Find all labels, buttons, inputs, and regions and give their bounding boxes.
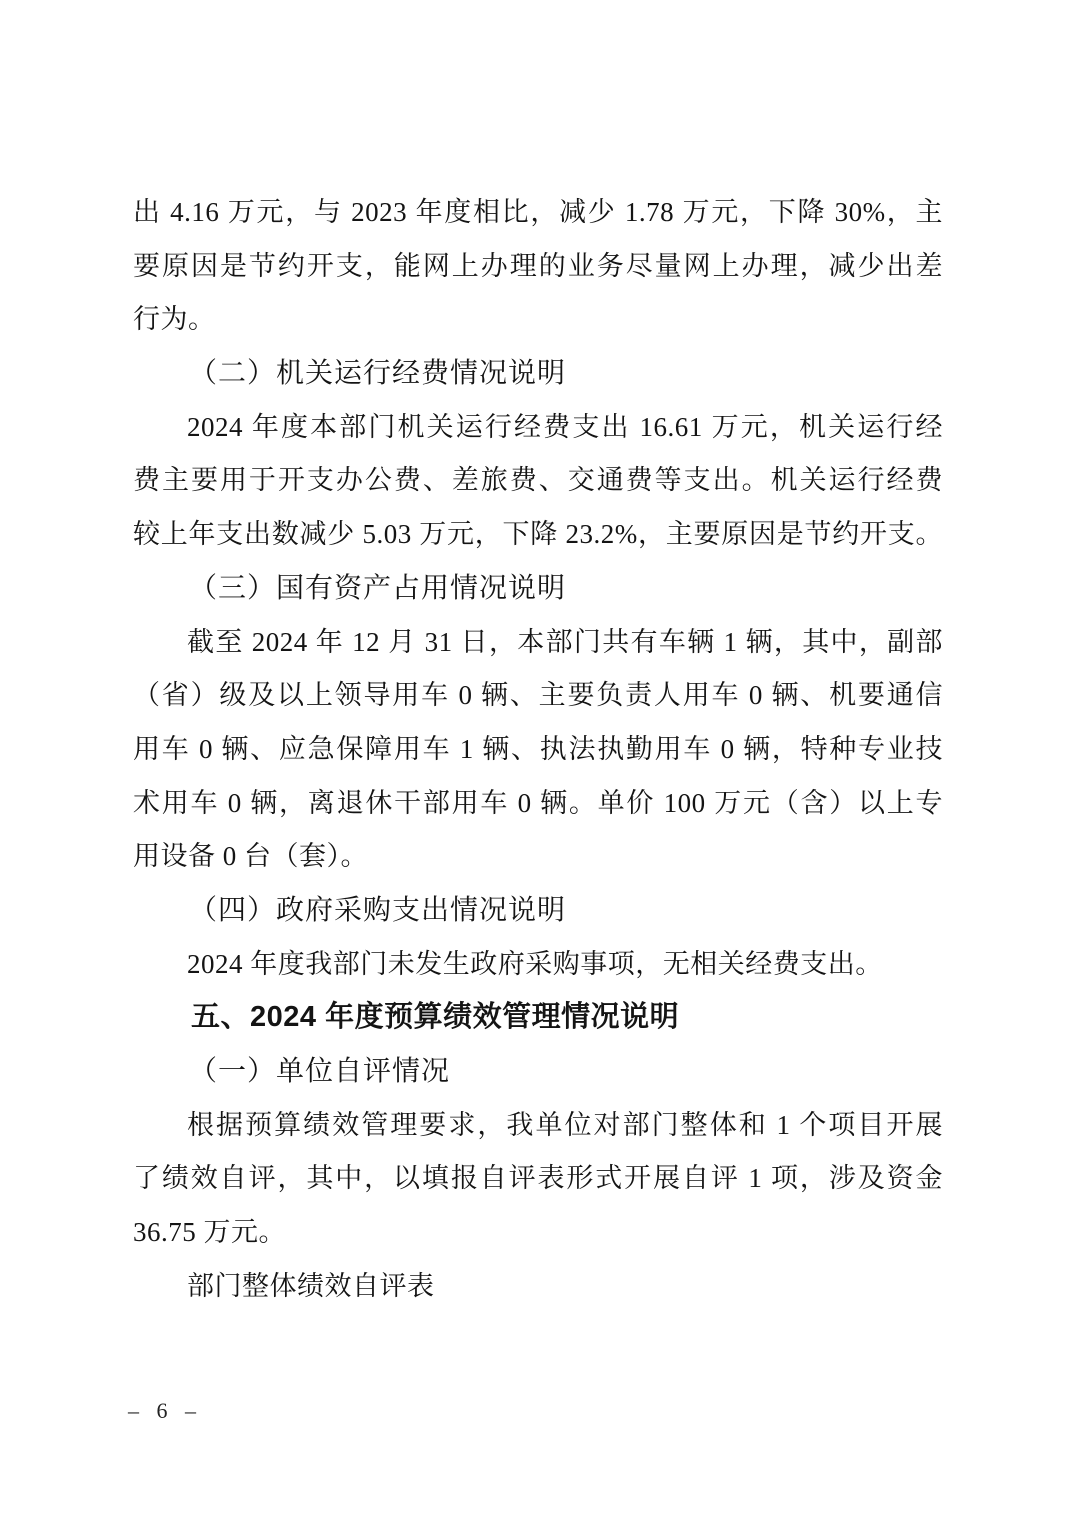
body-line: 截至 2024 年 12 月 31 日，本部门共有车辆 1 辆，其中，副部 xyxy=(133,616,943,670)
body-line: 2024 年度本部门机关运行经费支出 16.61 万元，机关运行经 xyxy=(133,401,943,455)
body-line: 用设备 0 台（套）。 xyxy=(133,830,943,884)
body-line: （省）级及以上领导用车 0 辆、主要负责人用车 0 辆、机要通信 xyxy=(133,669,943,723)
document-page: 出 4.16 万元，与 2023 年度相比，减少 1.78 万元，下降 30%，… xyxy=(0,0,1074,1520)
body-line: 较上年支出数减少 5.03 万元，下降 23.2%，主要原因是节约开支。 xyxy=(133,508,943,562)
body-line: 行为。 xyxy=(133,293,943,347)
body-line: 术用车 0 辆，离退休干部用车 0 辆。单价 100 万元（含）以上专 xyxy=(133,777,943,831)
heading-section-2: （二）机关运行经费情况说明 xyxy=(133,347,943,401)
heading-section-3: （三）国有资产占用情况说明 xyxy=(133,562,943,616)
page-number: – 6 – xyxy=(128,1396,198,1426)
heading-section-4: （四）政府采购支出情况说明 xyxy=(133,884,943,938)
document-body: 出 4.16 万元，与 2023 年度相比，减少 1.78 万元，下降 30%，… xyxy=(133,186,943,1313)
heading-section-1: （一）单位自评情况 xyxy=(133,1045,943,1099)
body-line: 用车 0 辆、应急保障用车 1 辆、执法执勤用车 0 辆，特种专业技 xyxy=(133,723,943,777)
body-line: 36.75 万元。 xyxy=(133,1206,943,1260)
body-line: 要原因是节约开支，能网上办理的业务尽量网上办理，减少出差 xyxy=(133,240,943,294)
table-caption: 部门整体绩效自评表 xyxy=(133,1260,943,1314)
body-line: 费主要用于开支办公费、差旅费、交通费等支出。机关运行经费 xyxy=(133,454,943,508)
body-line: 根据预算绩效管理要求，我单位对部门整体和 1 个项目开展 xyxy=(133,1099,943,1153)
heading-chapter-5: 五、2024 年度预算绩效管理情况说明 xyxy=(133,991,943,1045)
body-line: 2024 年度我部门未发生政府采购事项，无相关经费支出。 xyxy=(133,938,943,992)
body-line: 出 4.16 万元，与 2023 年度相比，减少 1.78 万元，下降 30%，… xyxy=(133,186,943,240)
body-line: 了绩效自评，其中，以填报自评表形式开展自评 1 项，涉及资金 xyxy=(133,1152,943,1206)
